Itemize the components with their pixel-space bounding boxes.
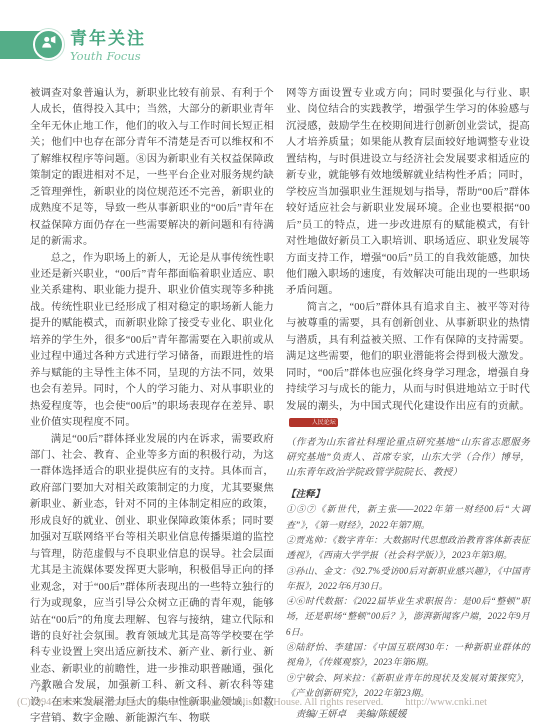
footnotes-block: 【注释】 ①⑤⑦《新世代，新主张——2022年第一财经00后“大调查”》，《第一…	[286, 487, 530, 701]
page-number: 74	[35, 683, 47, 695]
footnotes-header: 【注释】	[286, 487, 530, 502]
paragraph: 网等方面设置专业或方向；同时要强化与行业、职业、岗位结合的实践教学，增强学生学习…	[286, 86, 530, 300]
announcer-person-icon	[40, 33, 58, 56]
author-affiliation-note: （作者为山东省社科理论重点研究基地“山东省志愿服务研究基地”负责人、首席专家，山…	[286, 435, 530, 481]
paragraph: 被调查对象普遍认为，新职业比较有前景、有利于个人成长，值得投入其中；当然，大部分…	[30, 86, 274, 251]
footnote-item: ②贾兆帅：《数字青年：大数据时代思想政治教育客体新表征透视》，《西南大学学报（社…	[286, 533, 530, 564]
footnote-item: ①⑤⑦《新世代，新主张——2022年第一财经00后“大调查”》，《第一财经》，2…	[286, 502, 530, 533]
journal-page: 青年关注 Youth Focus 被调查对象普遍认为，新职业比较有前景、有利于个…	[0, 0, 554, 725]
paragraph-text: 简言之，“00后”群体具有追求自主、被平等对待与被尊重的需要，具有创新创业、从事…	[286, 302, 530, 412]
section-logo	[33, 29, 64, 60]
section-title-en: Youth Focus	[70, 49, 146, 63]
cnki-url: http://www.cnki.net	[405, 697, 487, 708]
article-column-left: 被调查对象普遍认为，新职业比较有前景、有利于个人成长，值得投入其中；当然，大部分…	[30, 86, 274, 725]
paragraph: 满足“00后”群体择业发展的内在诉求，需要政府部门、社会、教育、企业等多方面的积…	[30, 432, 274, 725]
section-header: 青年关注 Youth Focus	[70, 30, 146, 63]
editors-credit: 责编/王妍卓 美编/陈媛媛	[286, 706, 530, 720]
journal-end-mark: 人民论坛	[289, 418, 338, 427]
copyright-text: (C)1994-2023 China Academic Journal Elec…	[17, 697, 383, 708]
section-title-cn: 青年关注	[70, 30, 146, 49]
footnote-item: ⑧陆舒怡、李建国：《中国互联网30年：一种新职业群体的视角》，《传媒观察》，20…	[286, 640, 530, 671]
paragraph: 简言之，“00后”群体具有追求自主、被平等对待与被尊重的需要，具有创新创业、从事…	[286, 300, 530, 432]
paragraph: 总之，作为职场上的新人，无论是从事传统性职业还是新兴职业，“00后”青年都面临着…	[30, 251, 274, 432]
footnote-item: ③孙山、金文：《92.7%受访00后对新职业感兴趣》，《中国青年报》，2022年…	[286, 564, 530, 595]
copyright-line: (C)1994-2023 China Academic Journal Elec…	[17, 697, 547, 708]
footnote-item: ④⑥时代数据：《2022届毕业生求职报告：是00后“整顿”职场，还是职场“整顿”…	[286, 594, 530, 640]
article-column-right: 网等方面设置专业或方向；同时要强化与行业、职业、岗位结合的实践教学，增强学生学习…	[286, 86, 530, 720]
